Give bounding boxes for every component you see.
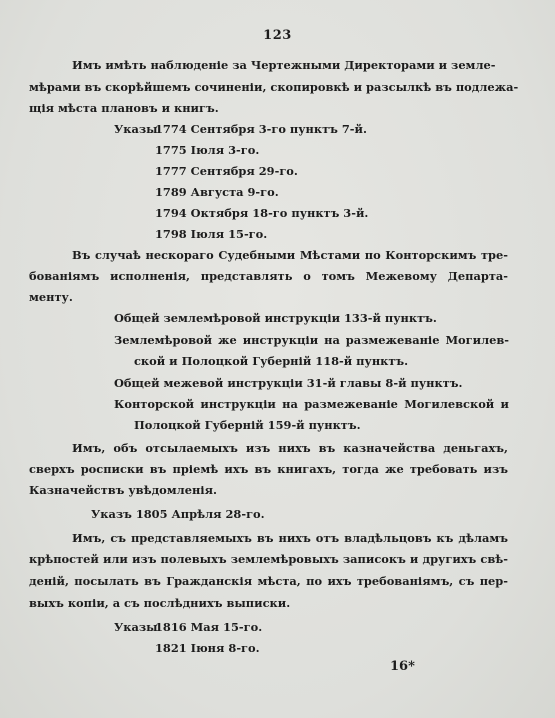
ukaz-item: 1775 Іюля 3-го. xyxy=(155,143,259,157)
reference-line: Землемѣровой же инструкціи на размежеван… xyxy=(114,333,509,347)
reference-line: Общей межевой инструкціи 31-й главы 8-й … xyxy=(114,376,462,390)
reference-line: ской и Полоцкой Губерній 118-й пунктъ. xyxy=(134,354,408,368)
ukazy-1-prefix: Указы xyxy=(114,122,158,136)
ukazy-3-prefix: Указы xyxy=(114,620,158,634)
ukaz-item: 1821 Іюня 8-го. xyxy=(155,641,260,655)
paragraph-1-line-1: Имъ имѣть наблюденіе за Чертежными Дирек… xyxy=(72,58,484,72)
reference-line: Общей землемѣровой инструкціи 133-й пунк… xyxy=(114,311,437,325)
paragraph-2-line-3: менту. xyxy=(29,290,73,304)
reference-line: Полоцкой Губерній 159-й пунктъ. xyxy=(134,418,361,432)
ukaz-item: 1774 Сентября 3-го пунктъ 7-й. xyxy=(155,122,367,136)
paragraph-1-line-3: щія мѣста плановъ и книгъ. xyxy=(29,101,219,115)
paragraph-1-line-2: мѣрами въ скорѣйшемъ сочиненіи, скопиров… xyxy=(29,80,484,94)
paragraph-2-line-1: Въ случаѣ нескораго Судебными Мѣстами по… xyxy=(72,248,508,262)
paragraph-2-line-2: бованіямъ исполненія, представлять о том… xyxy=(29,269,508,283)
paragraph-4-line-3: деній, посылать въ Гражданскія мѣста, по… xyxy=(29,574,508,588)
ukaz-item: 1794 Октября 18-го пунктъ 3-й. xyxy=(155,206,368,220)
paragraph-4-line-2: крѣпостей или изъ полевыхъ землемѣровыхъ… xyxy=(29,552,508,566)
paragraph-4-line-1: Имъ, съ представляемыхъ въ нихъ отъ влад… xyxy=(72,531,508,545)
ukaz-1805: Указъ 1805 Апрѣля 28-го. xyxy=(91,507,265,521)
paragraph-4-line-4: выхъ копіи, а съ послѣднихъ выписки. xyxy=(29,596,290,610)
document-page: 123 Имъ имѣть наблюденіе за Чертежными Д… xyxy=(0,0,555,718)
paragraph-3-line-2: сверхъ росписки въ пріемѣ ихъ въ книгахъ… xyxy=(29,462,508,476)
paragraph-3-line-3: Казначействъ увѣдомленія. xyxy=(29,483,217,497)
ukaz-item: 1789 Августа 9-го. xyxy=(155,185,279,199)
page-number: 123 xyxy=(0,28,555,43)
reference-line: Конторской инструкціи на размежеваніе Мо… xyxy=(114,397,509,411)
ukaz-item: 1777 Сентября 29-го. xyxy=(155,164,298,178)
signature-mark: 16* xyxy=(390,659,415,674)
ukaz-item: 1798 Іюля 15-го. xyxy=(155,227,267,241)
paragraph-3-line-1: Имъ, объ отсылаемыхъ изъ нихъ въ казначе… xyxy=(72,441,508,455)
ukaz-item: 1816 Мая 15-го. xyxy=(155,620,262,634)
